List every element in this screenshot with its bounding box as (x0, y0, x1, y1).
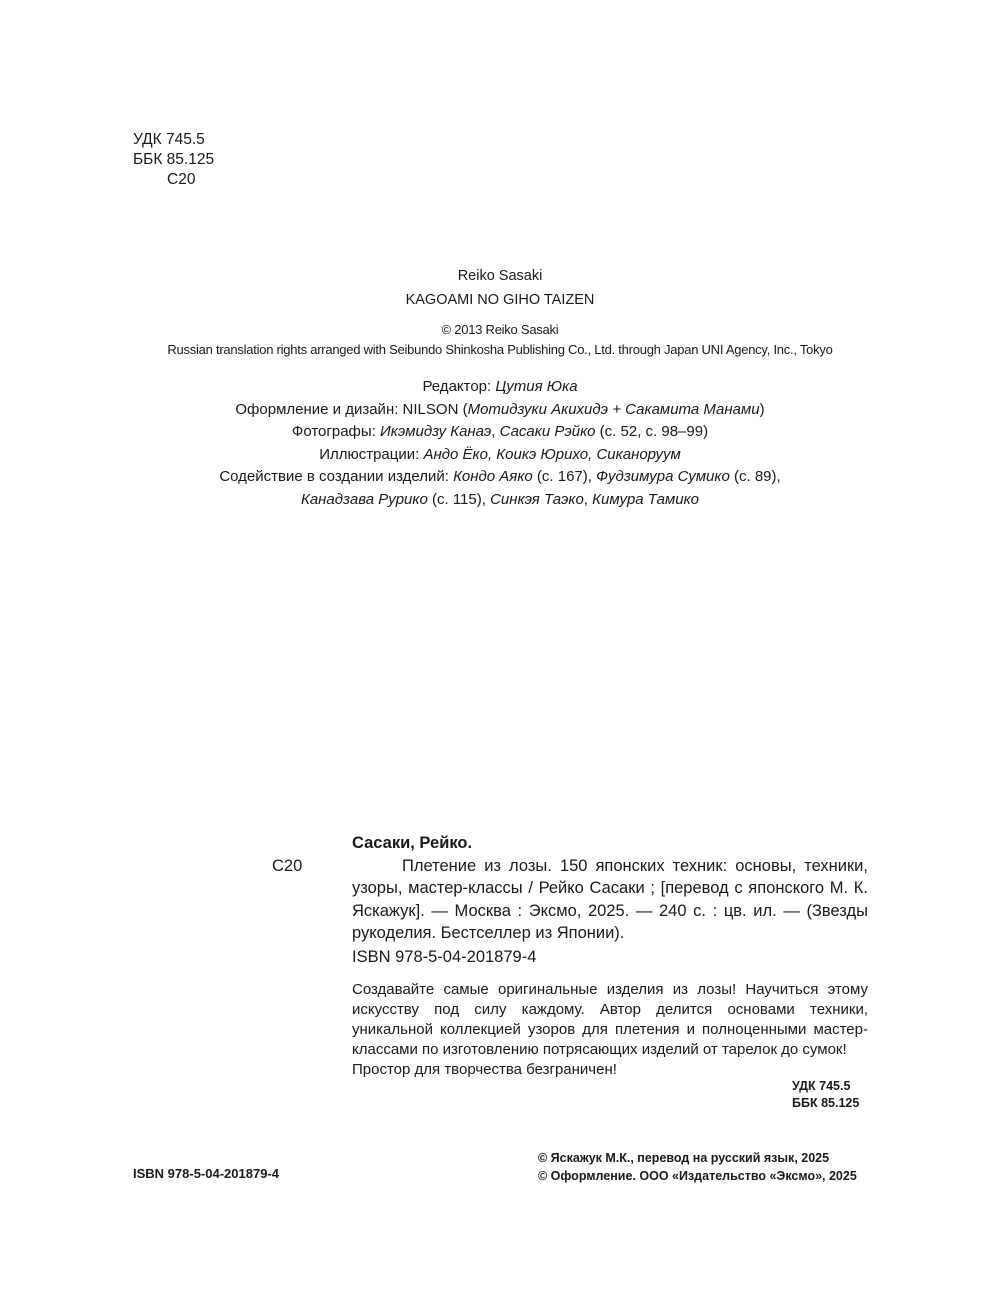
copyright-translation: © Яскажук М.К., перевод на русский язык,… (538, 1149, 857, 1167)
author-mark: С20 (133, 170, 214, 190)
footer-bbk: ББК 85.125 (792, 1095, 859, 1112)
credit-editor: Редактор: Цутия Юка (0, 376, 1000, 399)
bibliographic-record: Сасаки, Рейко. С20 Плетение из лозы. 150… (272, 832, 868, 945)
udk-code: УДК 745.5 (133, 130, 214, 150)
isbn: ISBN 978-5-04-201879-4 (352, 948, 536, 967)
rights-notice: © 2013 Reiko Sasaki Russian translation … (0, 320, 1000, 360)
bibliographic-description: узоры, мастер-классы / Рейко Сасаки ; [п… (272, 877, 868, 945)
credit-design: Оформление и дизайн: NILSON (Мотидзуки А… (0, 399, 1000, 422)
annotation-paragraph-2: Простор для творчества безграничен! (352, 1060, 868, 1080)
credit-assistance: Содействие в создании изделий: Кондо Аяк… (0, 466, 1000, 489)
original-copyright: © 2013 Reiko Sasaki (0, 320, 1000, 340)
credit-photographers: Фотографы: Икэмидзу Канаэ, Сасаки Рэйко … (0, 421, 1000, 444)
translation-rights: Russian translation rights arranged with… (0, 340, 1000, 360)
annotation-paragraph-1: Создавайте самые оригинальные изделия из… (352, 980, 868, 1060)
footer-classification: УДК 745.5 ББК 85.125 (792, 1078, 859, 1112)
original-title: KAGOAMI NO GIHO TAIZEN (0, 288, 1000, 312)
credits: Редактор: Цутия Юка Оформление и дизайн:… (0, 376, 1000, 511)
credit-illustrations: Иллюстрации: Андо Ёко, Коикэ Юрихо, Сика… (0, 444, 1000, 467)
original-edition: Reiko Sasaki KAGOAMI NO GIHO TAIZEN (0, 264, 1000, 312)
bibliographic-author: Сасаки, Рейко. (272, 832, 868, 855)
classification-codes: УДК 745.5 ББК 85.125 С20 (133, 130, 214, 190)
footer-udk: УДК 745.5 (792, 1078, 859, 1095)
footer-copyrights: © Яскажук М.К., перевод на русский язык,… (538, 1149, 857, 1185)
annotation: Создавайте самые оригинальные изделия из… (352, 980, 868, 1080)
bbk-code: ББК 85.125 (133, 150, 214, 170)
bibliographic-title: Плетение из лозы. 150 японских техник: о… (352, 855, 868, 878)
original-author: Reiko Sasaki (0, 264, 1000, 288)
bibliographic-code: С20 (272, 855, 352, 878)
footer-isbn: ISBN 978-5-04-201879-4 (133, 1166, 279, 1181)
credit-assistance-cont: Канадзава Рурико (с. 115), Синкэя Таэко,… (0, 489, 1000, 512)
bibliographic-first-line: С20 Плетение из лозы. 150 японских техни… (272, 855, 868, 878)
copyright-design: © Оформление. ООО «Издательство «Эксмо»,… (538, 1167, 857, 1185)
